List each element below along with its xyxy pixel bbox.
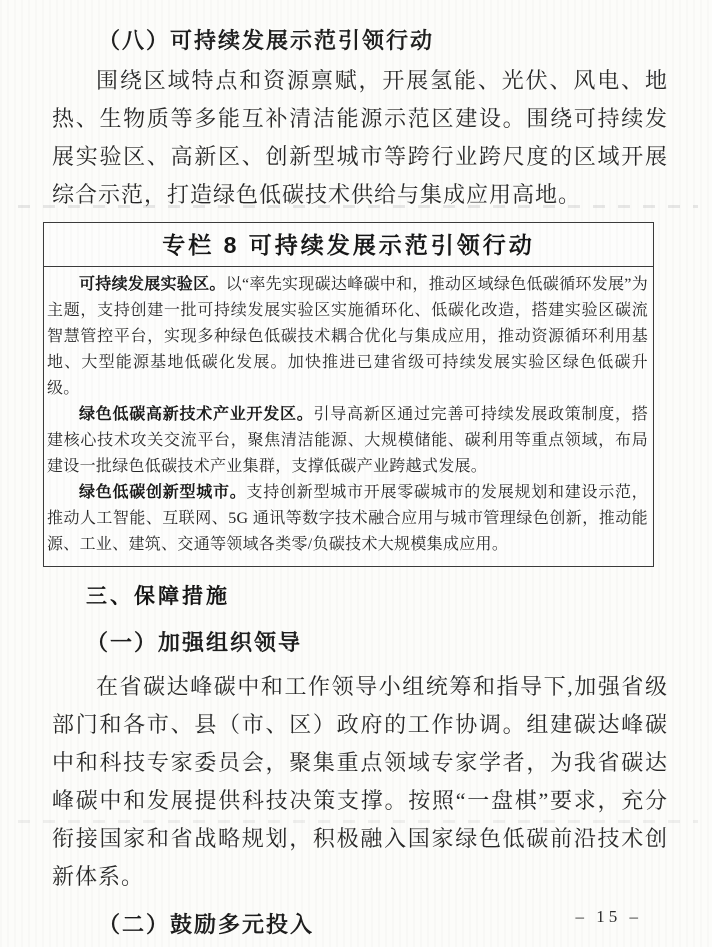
subsection-heading-3-1: （一）加强组织领导 [52,628,668,658]
column-box-body: 可持续发展实验区。以“率先实现碳达峰碳中和，推动区域绿色低碳循环发展”为主题，支… [44,267,653,566]
column-box-title: 专栏 8 可持续发展示范引领行动 [44,223,653,267]
box-paragraph-innovative-cities: 绿色低碳创新型城市。支持创新型城市开展零碳城市的发展规划和建设示范，推动人工智能… [47,480,648,558]
box-paragraph-lead: 绿色低碳高新技术产业开发区。 [79,406,313,423]
box-paragraph-experimental-zones: 可持续发展实验区。以“率先实现碳达峰碳中和，推动区域绿色低碳循环发展”为主题，支… [47,272,648,402]
section-heading-3: 三、保障措施 [52,583,668,611]
section-heading-8: （八）可持续发展示范引领行动 [52,26,668,56]
document-page: （八）可持续发展示范引领行动 围绕区域特点和资源禀赋，开展氢能、光伏、风电、地热… [0,0,712,947]
paragraph-section-3-1: 在省碳达峰碳中和工作领导小组统筹和指导下,加强省级部门和各市、县（市、区）政府的… [52,668,668,896]
box-paragraph-lead: 可持续发展实验区。 [79,276,226,293]
box-paragraph-lead: 绿色低碳创新型城市。 [79,484,246,501]
box-paragraph-hightech-zones: 绿色低碳高新技术产业开发区。引导高新区通过完善可持续发展政策制度，搭建核心技术攻… [47,402,648,480]
column-box-8: 专栏 8 可持续发展示范引领行动 可持续发展实验区。以“率先实现碳达峰碳中和，推… [43,222,654,567]
paragraph-section-8: 围绕区域特点和资源禀赋，开展氢能、光伏、风电、地热、生物质等多能互补清洁能源示范… [52,62,668,214]
box-paragraph-text: 以“率先实现碳达峰碳中和，推动区域绿色低碳循环发展”为主题，支持创建一批可持续发… [47,276,648,397]
page-number: – 15 – [576,907,643,927]
